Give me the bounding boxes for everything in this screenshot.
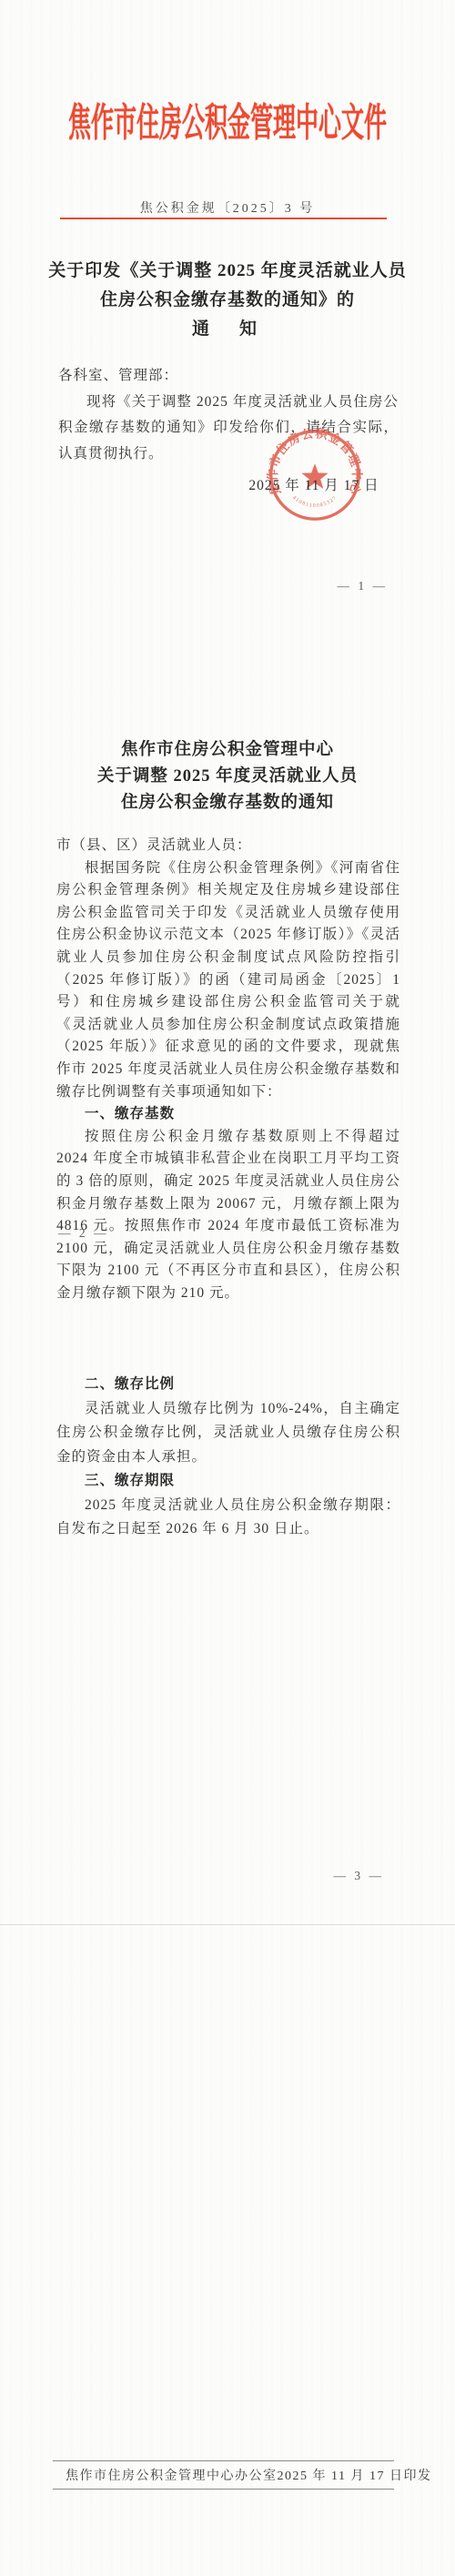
red-separator-rule [60, 218, 387, 219]
print-footer: 焦作市住房公积金管理中心办公室 2025 年 11 月 17 日印发 [53, 2460, 394, 2490]
section-3-heading: 三、缴存期限 [56, 1469, 400, 1494]
attachment-intro-paragraph: 根据国务院《住房公积金管理条例》《河南省住房公积金管理条例》相关规定及住房城乡建… [56, 857, 400, 1104]
notice-title-line3: 通 知 [0, 315, 455, 344]
page-number-3: — 3 — [334, 1869, 385, 1883]
attachment-title: 焦作市住房公积金管理中心 关于调整 2025 年度灵活就业人员 住房公积金缴存基… [0, 737, 455, 816]
svg-text:4108110085327: 4108110085327 [291, 495, 339, 509]
page-number-2: — 2 — [58, 1226, 109, 1241]
attachment-title-line3: 住房公积金缴存基数的通知 [0, 790, 455, 816]
print-footer-date: 2025 年 11 月 17 日印发 [278, 2466, 432, 2484]
section-2-heading: 二、缴存比例 [56, 1373, 400, 1397]
cover-salutation: 各科室、管理部： [58, 363, 399, 390]
print-footer-issuer: 焦作市住房公积金管理中心办公室 [66, 2466, 278, 2484]
attachment-body-page3: 二、缴存比例 灵活就业人员缴存比例为 10%-24%，自主确定住房公积金缴存比例… [56, 1373, 400, 1542]
page-edge-separator [0, 1924, 455, 1925]
section-2-paragraph: 灵活就业人员缴存比例为 10%-24%，自主确定住房公积金缴存比例，灵活就业人员… [56, 1397, 400, 1470]
attachment-title-line2: 关于调整 2025 年度灵活就业人员 [0, 764, 455, 790]
notice-title: 关于印发《关于调整 2025 年度灵活就业人员 住房公积金缴存基数的通知》的 通… [0, 257, 455, 344]
seal-code: 4108110085327 [291, 495, 339, 509]
document-number: 焦公积金规〔2025〕3 号 [0, 198, 455, 217]
page-number-1: — 1 — [338, 579, 389, 593]
section-1-paragraph: 按照住房公积金月缴存基数原则上不得超过 2024 年度全市城镇非私营企业在岗职工… [56, 1126, 400, 1305]
attachment-salutation: 市（县、区）灵活就业人员： [56, 835, 400, 857]
issue-date: 2025 年 11 月 17 日 [164, 474, 455, 494]
agency-masthead: 焦作市住房公积金管理中心文件 [0, 98, 455, 151]
notice-title-line1: 关于印发《关于调整 2025 年度灵活就业人员 [0, 257, 455, 286]
section-3-paragraph: 2025 年度灵活就业人员住房公积金缴存期限：自发布之日起至 2026 年 6 … [56, 1494, 400, 1542]
attachment-title-line1: 焦作市住房公积金管理中心 [0, 737, 455, 764]
notice-title-line2: 住房公积金缴存基数的通知》的 [0, 286, 455, 315]
scanned-document: 焦作市住房公积金管理中心文件 焦公积金规〔2025〕3 号 关于印发《关于调整 … [0, 0, 455, 2576]
section-1-heading: 一、缴存基数 [56, 1103, 400, 1126]
